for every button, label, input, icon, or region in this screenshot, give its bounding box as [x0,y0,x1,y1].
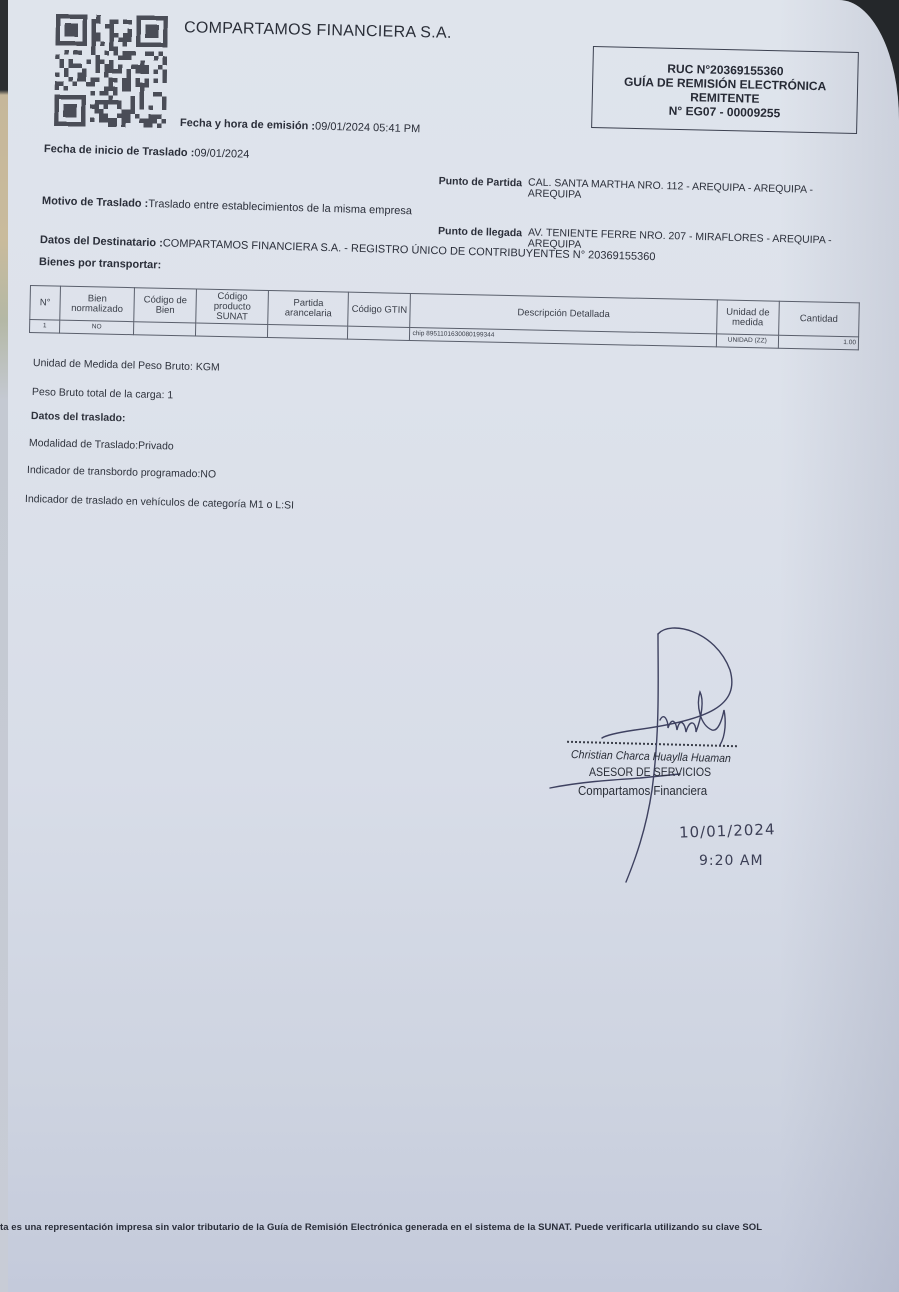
cell-cantidad: 1.00 [778,335,858,350]
col-codigo-bien: Código de Bien [134,288,197,323]
signer-role: ASESOR DE SERVICIOS [589,767,711,779]
handwritten-date: 10/01/2024 [679,820,776,841]
col-gtin: Código GTIN [348,292,411,327]
col-codigo-sunat: Código producto SUNAT [196,289,269,325]
cell-codigo-sunat [196,323,268,338]
departure-label: Punto de Partida [434,175,522,189]
cell-unidad: UNIDAD (ZZ) [716,334,778,348]
transfer-data-heading: Datos del traslado: [31,410,126,424]
cell-codigo-bien [134,322,196,336]
signer-company: Compartamos Financiera [578,784,707,798]
handwritten-time: 9:20 AM [699,853,764,869]
col-n: N° [30,286,61,321]
cell-n: 1 [30,320,60,334]
col-bien-normalizado: Bien normalizado [60,286,135,322]
col-unidad: Unidad de medida [716,300,779,335]
departure-line2: AREQUIPA [528,187,582,200]
col-partida: Partida arancelaria [268,290,349,326]
qr-code-icon [54,13,168,129]
arrival-label: Punto de llegada [434,225,522,239]
cell-bien-normalizado: NO [60,320,134,335]
transfer-start-value: 09/01/2024 [194,147,249,161]
document-id-box: RUC N°20369155360 GUÍA DE REMISIÓN ELECT… [591,46,859,134]
legal-footer: ta es una representación impresa sin val… [0,1222,762,1233]
col-cantidad: Cantidad [778,301,859,337]
cell-gtin [348,326,410,340]
cell-partida [268,324,348,339]
